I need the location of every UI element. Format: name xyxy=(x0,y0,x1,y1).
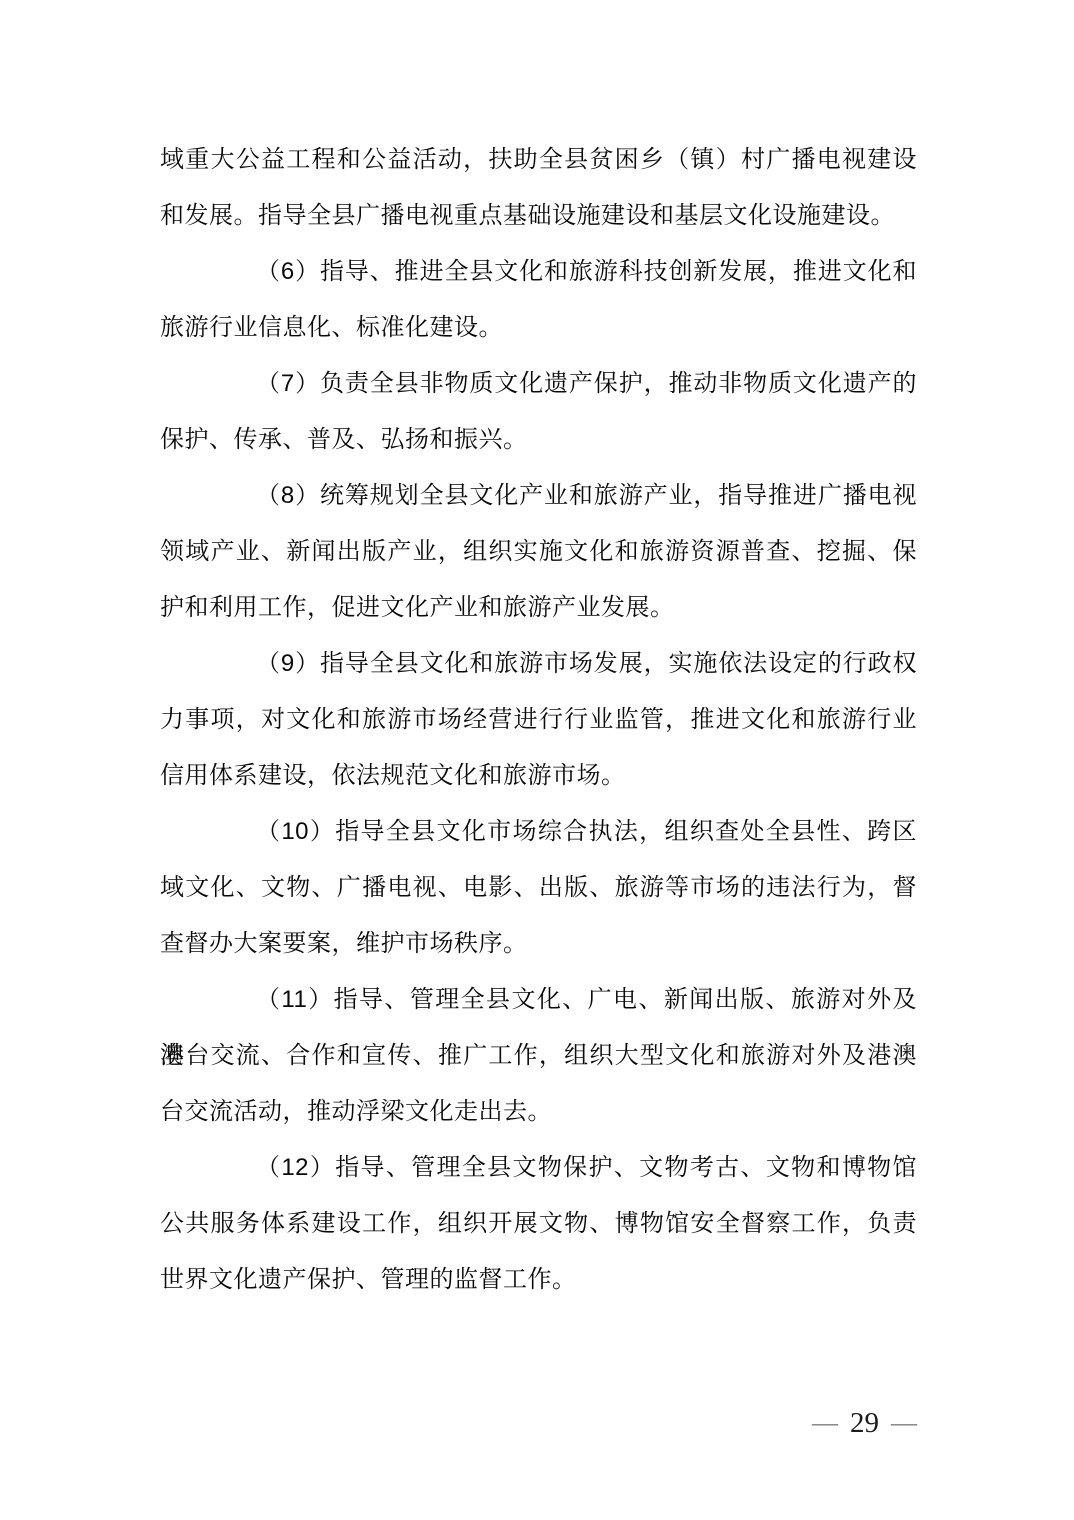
footer-dash-right: — xyxy=(891,1408,917,1438)
page-number: 29 xyxy=(850,1408,879,1438)
text-line: 保护、传承、普及、弘扬和振兴。 xyxy=(160,412,917,468)
text-line: 旅游行业信息化、标准化建设。 xyxy=(160,300,917,356)
footer-dash-left: — xyxy=(812,1408,838,1438)
text-line: （6）指导、推进全县文化和旅游科技创新发展，推进文化和 xyxy=(160,244,917,300)
document-page: 域重大公益工程和公益活动，扶助全县贫困乡（镇）村广播电视建设和发展。指导全县广播… xyxy=(0,0,1074,1520)
text-line: （8）统筹规划全县文化产业和旅游产业，指导推进广播电视 xyxy=(160,468,917,524)
text-line: 护和利用工作，促进文化产业和旅游产业发展。 xyxy=(160,580,917,636)
text-line: 力事项，对文化和旅游市场经营进行行业监管，推进文化和旅游行业 xyxy=(160,692,917,748)
text-line: 和发展。指导全县广播电视重点基础设施建设和基层文化设施建设。 xyxy=(160,188,917,244)
text-line: 世界文化遗产保护、管理的监督工作。 xyxy=(160,1252,917,1308)
text-line: 澳台交流、合作和宣传、推广工作，组织大型文化和旅游对外及港澳 xyxy=(160,1028,917,1084)
text-line: 信用体系建设，依法规范文化和旅游市场。 xyxy=(160,748,917,804)
page-footer: — 29 — xyxy=(812,1408,917,1438)
text-line: 公共服务体系建设工作，组织开展文物、博物馆安全督察工作，负责 xyxy=(160,1196,917,1252)
text-line: （12）指导、管理全县文物保护、文物考古、文物和博物馆 xyxy=(160,1140,917,1196)
text-line: 台交流活动，推动浮梁文化走出去。 xyxy=(160,1084,917,1140)
text-line: （9）指导全县文化和旅游市场发展，实施依法设定的行政权 xyxy=(160,636,917,692)
document-body: 域重大公益工程和公益活动，扶助全县贫困乡（镇）村广播电视建设和发展。指导全县广播… xyxy=(160,132,917,1308)
text-line: 域重大公益工程和公益活动，扶助全县贫困乡（镇）村广播电视建设 xyxy=(160,132,917,188)
text-line: 查督办大案要案，维护市场秩序。 xyxy=(160,916,917,972)
text-line: （11）指导、管理全县文化、广电、新闻出版、旅游对外及港 xyxy=(160,972,917,1028)
text-line: （7）负责全县非物质文化遗产保护，推动非物质文化遗产的 xyxy=(160,356,917,412)
text-line: 领域产业、新闻出版产业，组织实施文化和旅游资源普查、挖掘、保 xyxy=(160,524,917,580)
text-line: （10）指导全县文化市场综合执法，组织查处全县性、跨区 xyxy=(160,804,917,860)
text-line: 域文化、文物、广播电视、电影、出版、旅游等市场的违法行为，督 xyxy=(160,860,917,916)
